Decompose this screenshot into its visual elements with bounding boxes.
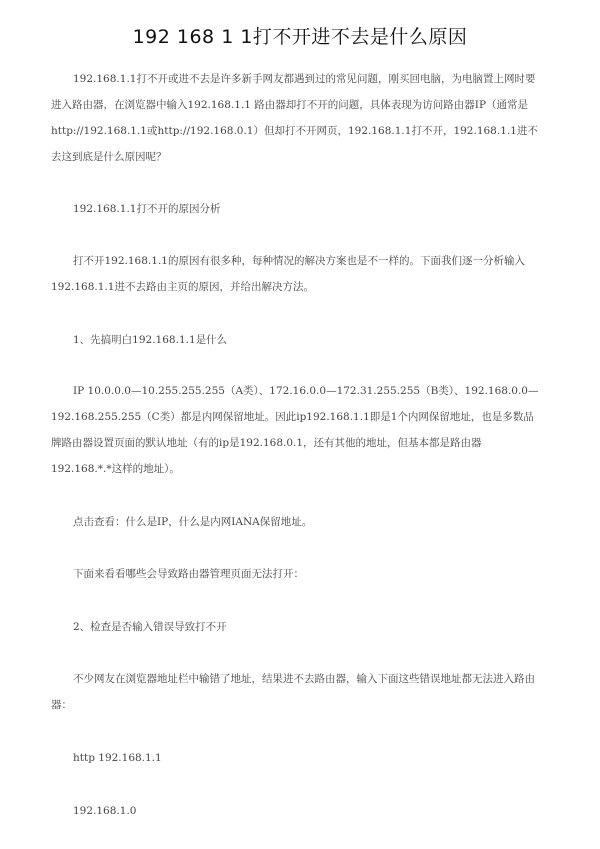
section-heading-analysis: 192.168.1.1打不开的原因分析: [73, 196, 535, 222]
paragraph-ip-ranges: IP 10.0.0.0—10.255.255.255（A类）、172.16.0.…: [51, 378, 541, 482]
paragraph-lead-in: 下面来看看哪些会导致路由器管理页面无法打开：: [73, 561, 535, 587]
paragraph-causes: 打不开192.168.1.1的原因有很多种，每种情况的解决方案也是不一样的。下面…: [51, 248, 541, 300]
example-address-2: 192.168.1.0: [73, 798, 535, 824]
paragraph-wrong-address: 不少网友在浏览器地址栏中输错了地址，结果进不去路由器，输入下面这些错误地址都无法…: [51, 666, 541, 718]
paragraph-link-note: 点击查看：什么是IP，什么是内网IANA保留地址。: [73, 509, 535, 535]
section-heading-1: 1、先搞明白192.168.1.1是什么: [73, 327, 535, 353]
paragraph-intro: 192.168.1.1打不开或进不去是许多新手网友都遇到过的常见问题，刚买回电脑…: [51, 66, 541, 170]
example-address-1: http 192.168.1.1: [73, 745, 535, 771]
section-heading-2: 2、检查是否输入错误导致打不开: [73, 614, 535, 640]
document-title: 192 168 1 1打不开进不去是什么原因: [0, 22, 600, 49]
